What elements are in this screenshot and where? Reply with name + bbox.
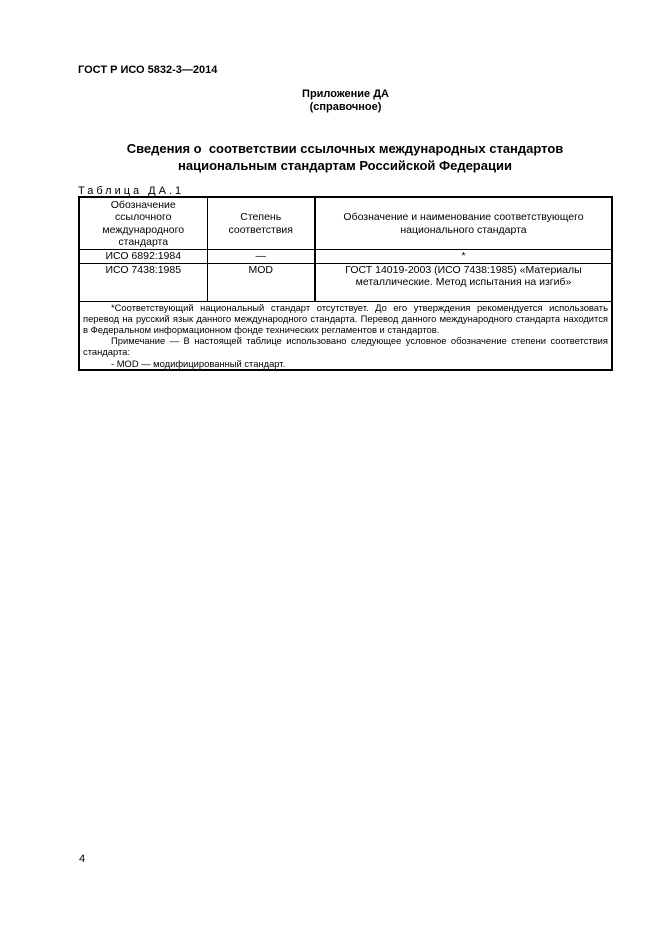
section-title-line-2: национальным стандартам Российской Федер… bbox=[78, 157, 612, 174]
annex-title: Приложение ДА bbox=[30, 88, 661, 101]
table-row: ИСО 6892:1984 — * bbox=[79, 250, 612, 264]
page-number: 4 bbox=[79, 853, 85, 865]
footnote-legend-mod: - MOD — модифицированный стандарт. bbox=[83, 358, 608, 369]
cell-degree: — bbox=[207, 250, 315, 264]
footnote-asterisk: *Соответствующий национальный стандарт о… bbox=[83, 302, 608, 336]
cell-national: * bbox=[315, 250, 612, 264]
cell-reference: ИСО 7438:1985 bbox=[79, 263, 207, 301]
cell-reference: ИСО 6892:1984 bbox=[79, 250, 207, 264]
table-footnote: *Соответствующий национальный стандарт о… bbox=[79, 301, 612, 370]
section-title: Сведения о соответствии ссылочных междун… bbox=[78, 140, 612, 174]
table-header-row: Обозначение ссылочного международного ст… bbox=[79, 197, 612, 250]
annex-heading: Приложение ДА (справочное) bbox=[0, 88, 661, 114]
cell-degree: MOD bbox=[207, 263, 315, 301]
section-title-line-1: Сведения о соответствии ссылочных междун… bbox=[78, 140, 612, 157]
correspondence-table: Обозначение ссылочного международного ст… bbox=[78, 196, 613, 371]
footnote-note: Примечание — В настоящей таблице использ… bbox=[83, 335, 608, 357]
table-row: ИСО 7438:1985 MOD ГОСТ 14019-2003 (ИСО 7… bbox=[79, 263, 612, 301]
column-header-degree: Степень соответствия bbox=[207, 197, 315, 250]
column-header-national: Обозначение и наименование соответствующ… bbox=[315, 197, 612, 250]
cell-national: ГОСТ 14019-2003 (ИСО 7438:1985) «Материа… bbox=[315, 263, 612, 301]
document-code: ГОСТ Р ИСО 5832-3—2014 bbox=[78, 64, 217, 76]
annex-subtitle: (справочное) bbox=[30, 101, 661, 114]
column-header-reference: Обозначение ссылочного международного ст… bbox=[79, 197, 207, 250]
table-footnote-row: *Соответствующий национальный стандарт о… bbox=[79, 301, 612, 370]
